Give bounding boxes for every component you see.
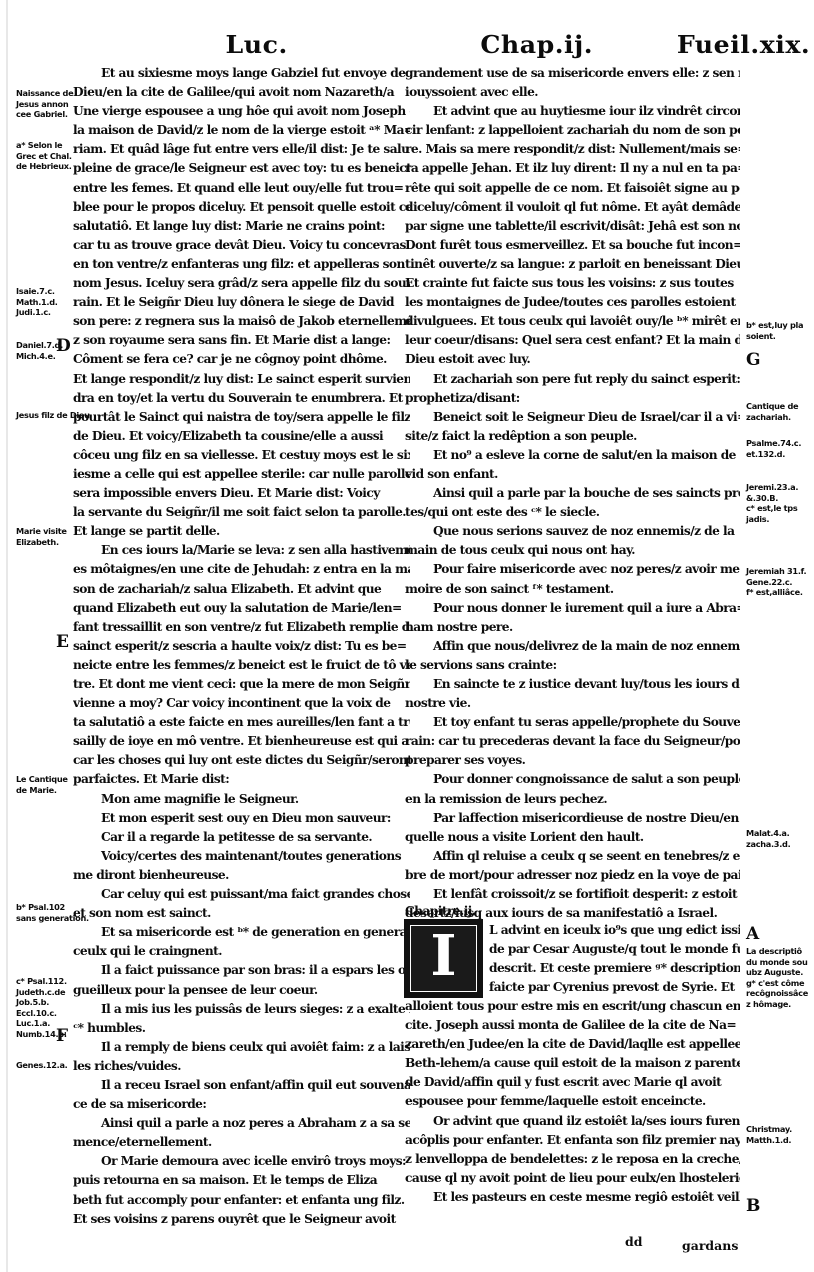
margin-note: Jeremiah 31.f. Gene.22.c. f* est,alliâce…	[746, 566, 814, 598]
margin-note: Malat.4.a. zacha.3.d.	[746, 828, 814, 849]
right-column-continuation: alloient tous pour estre mis en escrit/u…	[405, 997, 740, 1207]
text-line: pleine de grace/le Seigneur est avec toy…	[73, 159, 410, 178]
text-line: rain. Et le Seigñr Dieu luy dônera le si…	[73, 293, 410, 312]
margin-note: Cantique de zachariah.	[746, 401, 814, 422]
text-line: rain: car tu precederas devant la face d…	[405, 732, 740, 751]
section-letter: F	[56, 1026, 68, 1046]
margin-note: Naissance de Jesus annon cee Gabriel.	[16, 88, 72, 120]
text-line: car tu as trouve grace devât Dieu. Voicy…	[73, 236, 410, 255]
text-line: nostre vie.	[405, 694, 740, 713]
text-line: Ainsi quil a parle par la bouche de ses …	[405, 484, 740, 503]
margin-note: Genes.12.a.	[16, 1060, 72, 1071]
text-line: Et mon esperit sest ouy en Dieu mon sauv…	[73, 809, 410, 828]
page-edge-shadow	[6, 0, 8, 1272]
text-line: grandement use de sa misericorde envers …	[405, 64, 740, 83]
text-line: main de tous ceulx qui nous ont hay.	[405, 541, 740, 560]
margin-note: b* est,luy pla soient.	[746, 320, 814, 341]
text-line: Et no⁹ a esleve la corne de salut/en la …	[405, 446, 740, 465]
catchword: gardans	[682, 1238, 738, 1253]
text-line: L advint en iceulx io⁹s que ung edict is…	[489, 921, 740, 940]
text-line: Voicy/certes des maintenant/toutes gener…	[73, 847, 410, 866]
text-line: car les choses qui luy ont este dictes d…	[73, 751, 410, 770]
text-line: salutatiô. Et lange luy dist: Marie ne c…	[73, 217, 410, 236]
text-line: Il a mis ius les puissâs de leurs sieges…	[73, 1000, 410, 1019]
running-head-folio: Fueil.xix.	[677, 30, 810, 59]
text-line: cause ql ny avoit point de lieu pour eul…	[405, 1169, 740, 1188]
text-line: Côment se fera ce? car je ne côgnoy poin…	[73, 350, 410, 369]
margin-note: Psalme.74.c. et.132.d.	[746, 438, 814, 459]
text-line: Et crainte fut faicte sus tous les voisi…	[405, 274, 740, 293]
text-line: nom Jesus. Iceluy sera grâd/z sera appel…	[73, 274, 410, 293]
margin-note: b* Psal.102 sans generation.	[16, 902, 72, 923]
text-line: iesme a celle qui est appellee sterile: …	[73, 465, 410, 484]
text-line: Pour faire misericorde avec noz peres/z …	[405, 560, 740, 579]
text-line: son de zachariah/z salua Elizabeth. Et a…	[73, 580, 410, 599]
section-letter: G	[746, 350, 761, 370]
text-line: Or advint que quand ilz estoiêt la/ses i…	[405, 1112, 740, 1131]
text-line: z lenvelloppa de bendelettes: z le repos…	[405, 1150, 740, 1169]
margin-note: Le Cantique de Marie.	[16, 774, 72, 795]
section-letter: A	[746, 924, 759, 944]
text-line: puis retourna en sa maison. Et le temps …	[73, 1171, 410, 1190]
text-line: leur coeur/disans: Quel sera cest enfant…	[405, 331, 740, 350]
section-letter: E	[56, 632, 69, 652]
text-line: tre. Et dont me vient ceci: que la mere …	[73, 675, 410, 694]
margin-note: Christmay. Matth.1.d.	[746, 1124, 814, 1145]
text-line: dra en toy/et la vertu du Souverain te e…	[73, 389, 410, 408]
text-line: quand Elizabeth eut ouy la salutation de…	[73, 599, 410, 618]
text-line: entre les femes. Et quand elle leut ouy/…	[73, 179, 410, 198]
text-line: en ton ventre/z enfanteras ung filz: et …	[73, 255, 410, 274]
text-line: Beneict soit le Seigneur Dieu de Israel/…	[405, 408, 740, 427]
document-page: Luc. Chap.ij. Fueil.xix. Et au sixiesme …	[0, 0, 814, 1272]
text-line: zareth/en Judee/en la cite de David/laql…	[405, 1035, 740, 1054]
text-line: Une vierge espousee a ung hôe qui avoit …	[73, 102, 410, 121]
text-line: Et lange se partit delle.	[73, 522, 410, 541]
text-line: sainct esperit/z sescria a haulte voix/z…	[73, 637, 410, 656]
text-line: tinêt ouverte/z sa langue: z parloit en …	[405, 255, 740, 274]
text-line: Et ses voisins z parens ouyrêt que le Se…	[73, 1210, 410, 1229]
text-line: descrit. Et ceste premiere ᵍ* descriptio…	[489, 959, 740, 978]
text-line: Il a faict puissance par son bras: il a …	[73, 961, 410, 980]
text-line: ce de sa misericorde:	[73, 1095, 410, 1114]
text-line: site/z faict la redêption a son peuple.	[405, 427, 740, 446]
decorated-drop-initial: I	[404, 919, 483, 998]
text-line: Et lange respondit/z luy dist: Le sainct…	[73, 370, 410, 389]
text-line: Mon ame magnifie le Seigneur.	[73, 790, 410, 809]
text-line: Pour nous donner le iurement quil a iure…	[405, 599, 740, 618]
text-line: le servions sans crainte:	[405, 656, 740, 675]
text-line: beth fut accomply pour enfanter: et enfa…	[73, 1191, 410, 1210]
text-line: Que nous serions sauvez de noz ennemis/z…	[405, 522, 740, 541]
text-line: sailly de ioye en mô ventre. Et bienheur…	[73, 732, 410, 751]
text-line: cite. Joseph aussi monta de Galilee de l…	[405, 1016, 740, 1035]
text-line: faicte par Cyrenius prevost de Syrie. Et	[489, 978, 740, 997]
text-line: re. Mais sa mere respondit/z dist: Nulle…	[405, 140, 740, 159]
text-line: pourtât le Sainct qui naistra de toy/ser…	[73, 408, 410, 427]
text-line: bre de mort/pour adresser noz piedz en l…	[405, 866, 740, 885]
text-line: Il a remply de biens ceulx qui avoiêt fa…	[73, 1038, 410, 1057]
text-line: es môtaignes/en une cite de Jehudah: z e…	[73, 560, 410, 579]
margin-note: Jeremi.23.a. &.30.B. c* est,le tps jadis…	[746, 482, 814, 524]
text-line: Affin ql reluise a ceulx q se seent en t…	[405, 847, 740, 866]
text-line: ra appelle Jehan. Et ilz luy dirent: Il …	[405, 159, 740, 178]
text-line: fant tressaillit en son ventre/z fut Eli…	[73, 618, 410, 637]
text-line: la servante du Seigñr/il me soit faict s…	[73, 503, 410, 522]
text-line: Il a receu Israel son enfant/affin quil …	[73, 1076, 410, 1095]
text-line: de par Cesar Auguste/q tout le monde fut	[489, 940, 740, 959]
text-line: Et sa misericorde est ᵇ* de generation e…	[73, 923, 410, 942]
text-line: en la remission de leurs pechez.	[405, 790, 740, 809]
text-line: ta salutatiô a este faicte en mes aureil…	[73, 713, 410, 732]
text-line: riam. Et quâd lâge fut entre vers elle/i…	[73, 140, 410, 159]
text-line: Et toy enfant tu seras appelle/prophete …	[405, 713, 740, 732]
text-line: acôplis pour enfanter. Et enfanta son fi…	[405, 1131, 740, 1150]
text-line: preparer ses voyes.	[405, 751, 740, 770]
text-line: cir lenfant: z lappelloient zachariah du…	[405, 121, 740, 140]
text-line: prophetiza/disant:	[405, 389, 740, 408]
section-letter: B	[746, 1196, 760, 1216]
section-letter: D	[56, 336, 71, 356]
text-line: Et au sixiesme moys lange Gabziel fut en…	[73, 64, 410, 83]
text-line: Beth-lehem/a cause quil estoit de la mai…	[405, 1054, 740, 1073]
text-line: les montaignes de Judee/toutes ces parol…	[405, 293, 740, 312]
text-line: rête qui soit appelle de ce nom. Et fais…	[405, 179, 740, 198]
initial-wrapped-lines: L advint en iceulx io⁹s que ung edict is…	[489, 921, 740, 997]
text-line: de Dieu. Et voicy/Elizabeth ta cousine/e…	[73, 427, 410, 446]
running-head-book: Luc.	[226, 30, 288, 59]
text-line: neicte entre les femmes/z beneict est le…	[73, 656, 410, 675]
text-line: En saincte te z iustice devant luy/tous …	[405, 675, 740, 694]
text-line: moire de son sainct ᶠ* testament.	[405, 580, 740, 599]
right-text-column: grandement use de sa misericorde envers …	[405, 64, 740, 923]
text-line: ceulx qui le craingnent.	[73, 942, 410, 961]
signature-mark: dd	[625, 1234, 642, 1249]
text-line: vienne a moy? Car voicy incontinent que …	[73, 694, 410, 713]
text-line: les riches/vuides.	[73, 1057, 410, 1076]
text-line: Et advint que au huytiesme iour ilz vind…	[405, 102, 740, 121]
text-line: Car il a regarde la petitesse de sa serv…	[73, 828, 410, 847]
text-line: de David/affin quil y fust escrit avec M…	[405, 1073, 740, 1092]
text-line: Pour donner congnoissance de salut a son…	[405, 770, 740, 789]
text-line: me diront bienheureuse.	[73, 866, 410, 885]
text-line: Dont furêt tous esmerveillez. Et sa bouc…	[405, 236, 740, 255]
margin-note: a* Selon le Grec et Chal. de Hebrieux.	[16, 140, 72, 172]
text-line: gueilleux pour la pensee de leur coeur.	[73, 981, 410, 1000]
text-line: blee pour le propos diceluy. Et pensoit …	[73, 198, 410, 217]
text-line: sera impossible envers Dieu. Et Marie di…	[73, 484, 410, 503]
left-text-column: Et au sixiesme moys lange Gabziel fut en…	[73, 64, 410, 1229]
text-line: Or Marie demoura avec icelle envirô troy…	[73, 1152, 410, 1171]
text-line: côceu ung filz en sa viellesse. Et cestu…	[73, 446, 410, 465]
text-line: Et zachariah son pere fut reply du sainc…	[405, 370, 740, 389]
text-line: et son nom est sainct.	[73, 904, 410, 923]
text-line: Et les pasteurs en ceste mesme regiô est…	[405, 1188, 740, 1207]
text-line: ᶜ* humbles.	[73, 1019, 410, 1038]
margin-note: Jesus filz de Dieu	[16, 410, 72, 421]
text-line: espousee pour femme/laquelle estoit ence…	[405, 1092, 740, 1111]
text-line: tes/qui ont este des ᶜ* le siecle.	[405, 503, 740, 522]
text-line: Affin que nous/delivrez de la main de no…	[405, 637, 740, 656]
text-line: alloient tous pour estre mis en escrit/u…	[405, 997, 740, 1016]
text-line: ham nostre pere.	[405, 618, 740, 637]
text-line: Dieu/en la cite de Galilee/qui avoit nom…	[73, 83, 410, 102]
text-line: son pere: z regnera sus la maisô de Jako…	[73, 312, 410, 331]
text-line: En ces iours la/Marie se leva: z sen all…	[73, 541, 410, 560]
margin-note: Marie visite Elizabeth.	[16, 526, 72, 547]
text-line: Car celuy qui est puissant/ma faict gran…	[73, 885, 410, 904]
text-line: quelle nous a visite Lorient den hault.	[405, 828, 740, 847]
text-line: parfaictes. Et Marie dist:	[73, 770, 410, 789]
margin-note: Isaie.7.c. Math.1.d. Judi.1.c.	[16, 286, 72, 318]
text-line: la maison de David/z le nom de la vierge…	[73, 121, 410, 140]
text-line: z son royaume sera sans fin. Et Marie di…	[73, 331, 410, 350]
text-line: diceluy/côment il vouloit ql fut nôme. E…	[405, 198, 740, 217]
margin-note: La descriptiô du monde sou ubz Auguste. …	[746, 946, 814, 1009]
text-line: mence/eternellement.	[73, 1133, 410, 1152]
text-line: divulguees. Et tous ceulx qui lavoiêt ou…	[405, 312, 740, 331]
text-line: Dieu estoit avec luy.	[405, 350, 740, 369]
running-head-chapter: Chap.ij.	[480, 30, 593, 59]
text-line: iouyssoient avec elle.	[405, 83, 740, 102]
text-line: Ainsi quil a parle a noz peres a Abraham…	[73, 1114, 410, 1133]
text-line: par signe une tablette/il escrivit/disât…	[405, 217, 740, 236]
text-line: vid son enfant.	[405, 465, 740, 484]
text-line: Par laffection misericordieuse de nostre…	[405, 809, 740, 828]
drop-initial-letter: I	[406, 921, 481, 996]
